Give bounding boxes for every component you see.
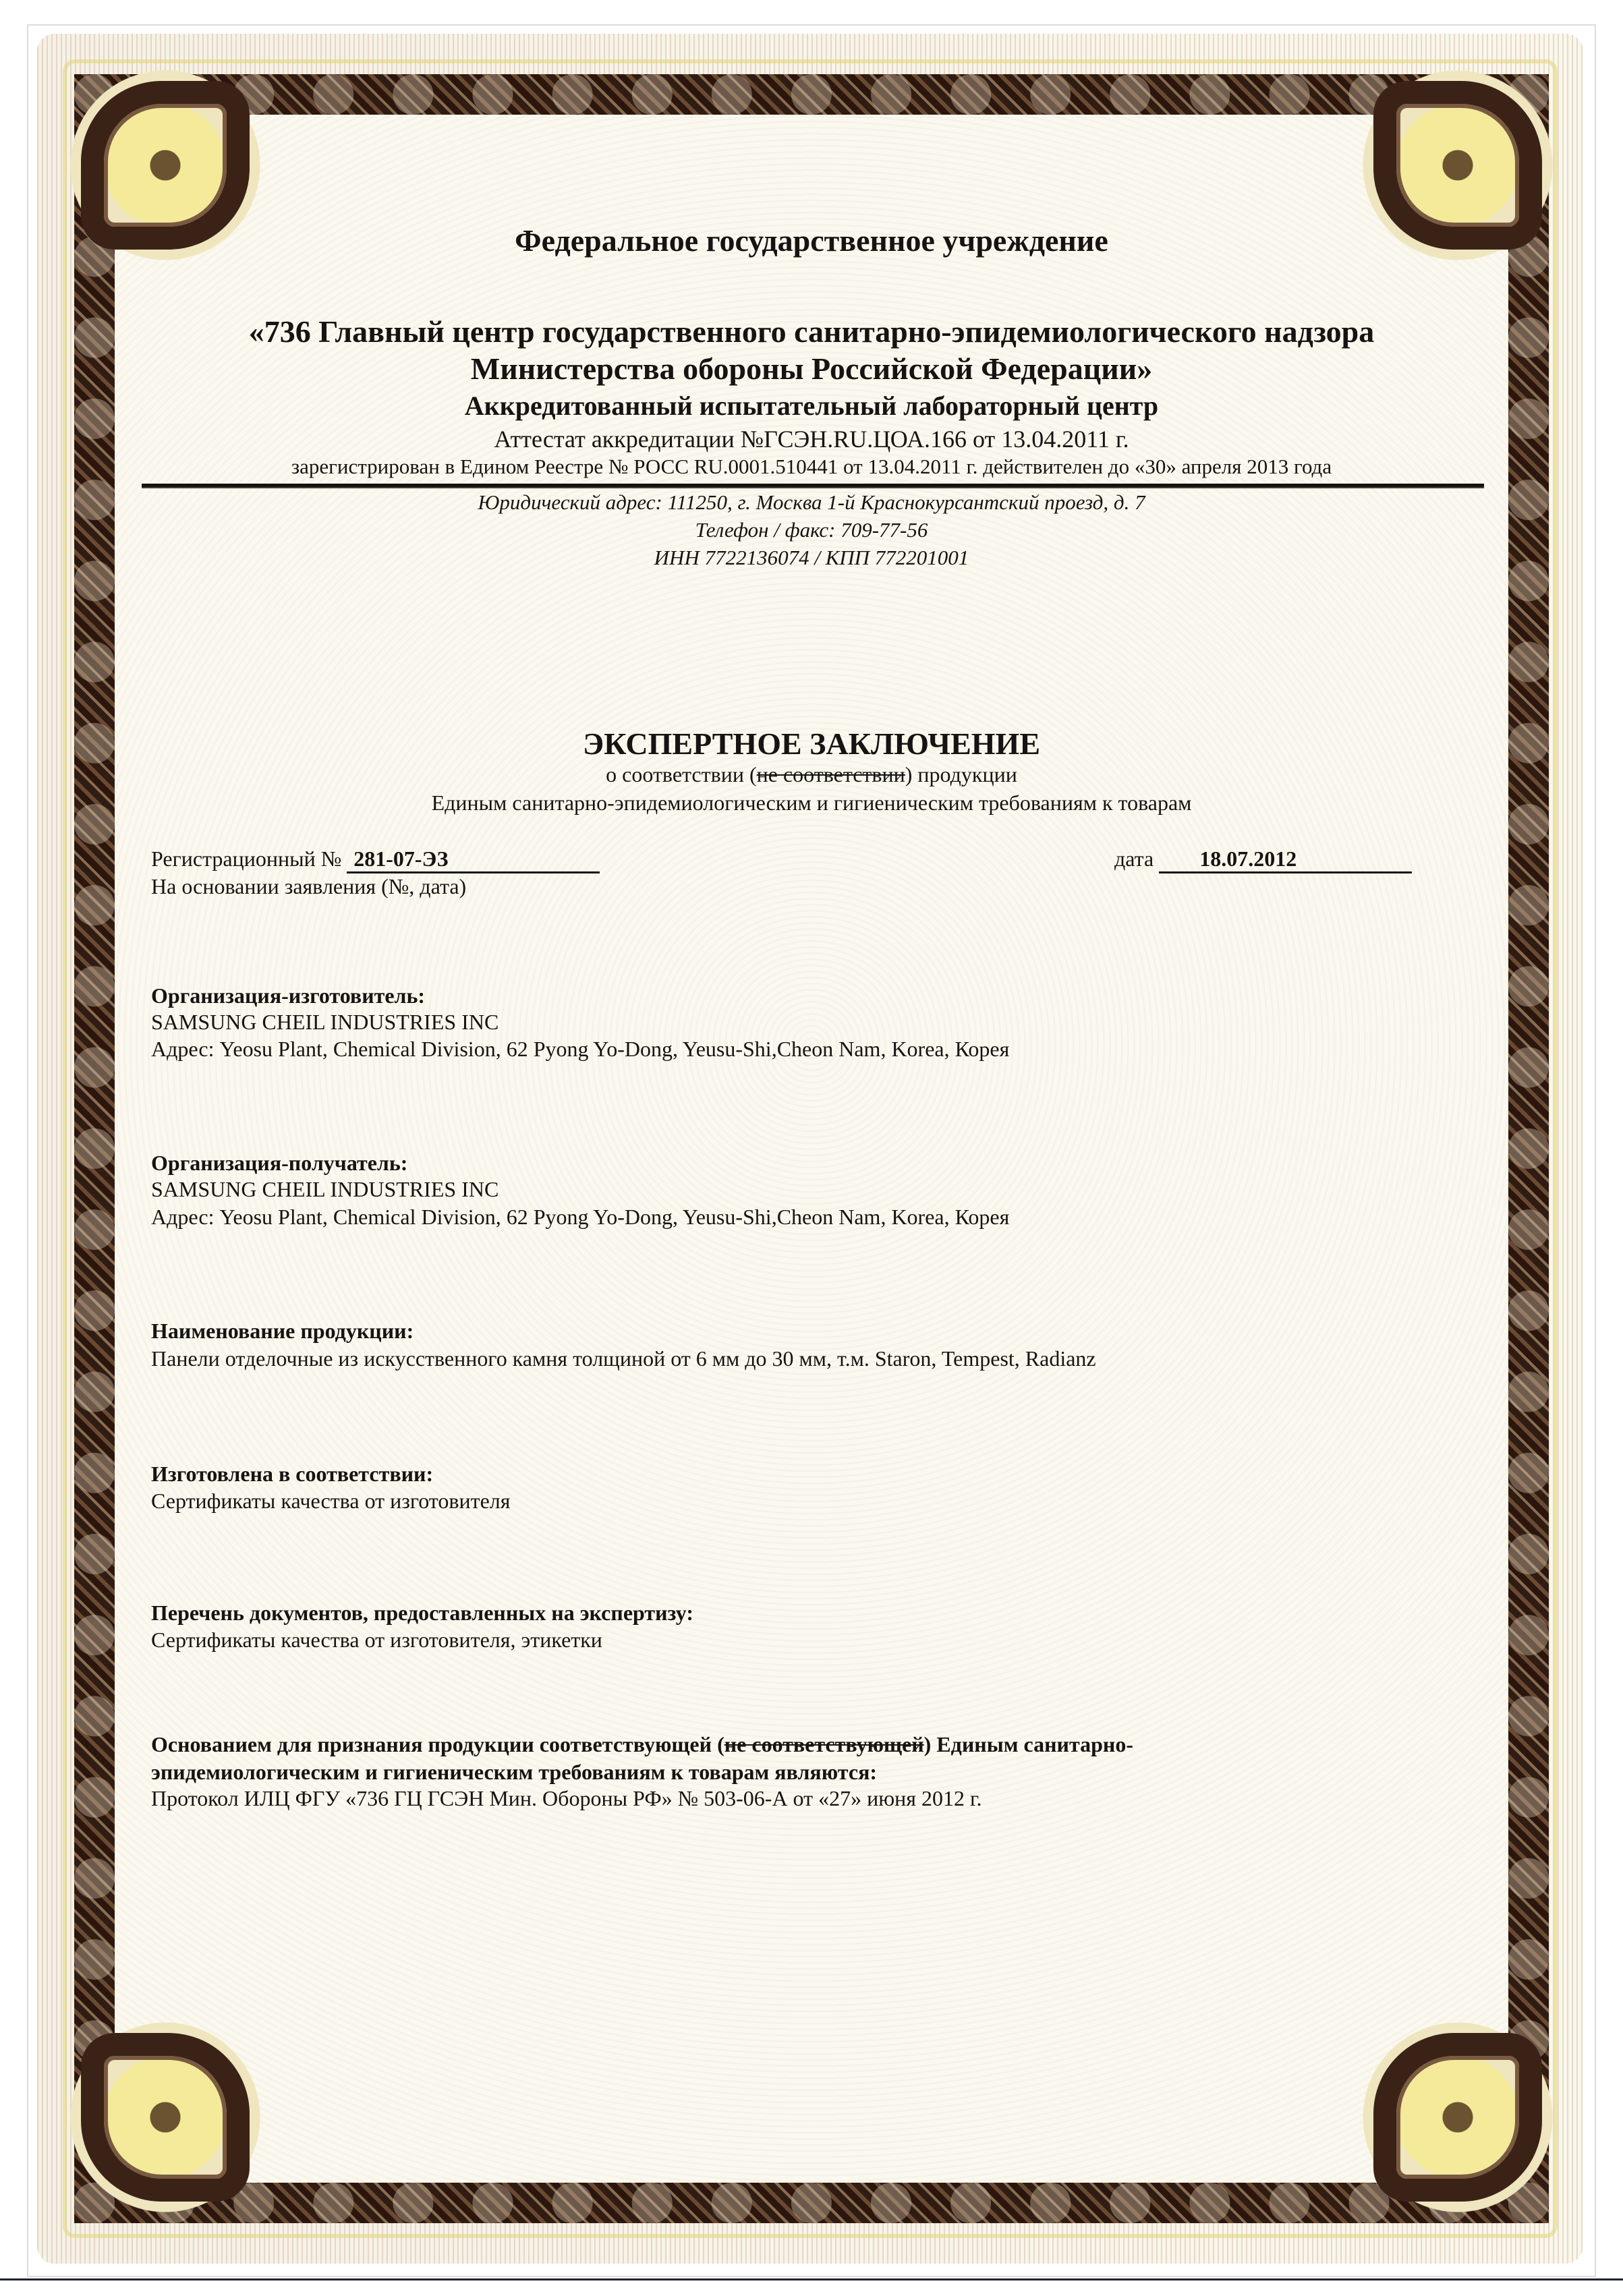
- institution-name-line2: Министерства обороны Российской Федераци…: [0, 351, 1623, 386]
- header-divider: [142, 484, 1484, 487]
- inn-kpp: ИНН 7722136074 / КПП 772201001: [0, 546, 1623, 570]
- made-per-text: Сертификаты качества от изготовителя: [151, 1489, 510, 1514]
- subtitle-prefix: о соответствии (: [606, 762, 756, 786]
- recipient-name: SAMSUNG CHEIL INDUSTRIES INC: [151, 1177, 499, 1202]
- date-label: дата: [1114, 846, 1154, 871]
- subtitle-struck-text: не соответствии: [757, 762, 905, 786]
- scan-edge-line: [0, 2278, 1623, 2280]
- product-description: Панели отделочные из искусственного камн…: [151, 1346, 1096, 1371]
- application-basis: На основании заявления (№, дата): [151, 874, 466, 899]
- documents-heading: Перечень документов, предоставленных на …: [151, 1601, 693, 1626]
- lab-center-title: Аккредитованный испытательный лабораторн…: [0, 390, 1623, 422]
- manufacturer-name: SAMSUNG CHEIL INDUSTRIES INC: [151, 1010, 499, 1035]
- institution-type: Федеральное государственное учреждение: [0, 223, 1623, 258]
- accreditation-certificate: Аттестат аккредитации №ГСЭН.RU.ЦОА.166 о…: [0, 425, 1623, 453]
- corner-ornament-icon: [54, 2006, 277, 2229]
- grounds-heading: Основанием для признания продукции соотв…: [151, 1732, 1133, 1757]
- document-subtitle: о соответствии (не соответствии) продукц…: [0, 762, 1623, 787]
- manufacturer-address: Адрес: Yeosu Plant, Chemical Division, 6…: [151, 1037, 1009, 1062]
- registry-info: зарегистрирован в Едином Реестре № РОСС …: [0, 455, 1623, 479]
- grounds-struck-text: не соответствующей: [724, 1732, 924, 1756]
- grounds-protocol: Протокол ИЛЦ ФГУ «736 ГЦ ГСЭН Мин. Оборо…: [151, 1786, 982, 1811]
- made-per-heading: Изготовлена в соответствии:: [151, 1462, 433, 1487]
- product-heading: Наименование продукции:: [151, 1319, 414, 1344]
- reg-number-value: 281-07-ЭЗ: [347, 846, 600, 873]
- recipient-heading: Организация-получатель:: [151, 1151, 407, 1176]
- phone-fax: Телефон / факс: 709-77-56: [0, 518, 1623, 542]
- date-value: 18.07.2012: [1159, 846, 1412, 873]
- grounds-prefix: Основанием для признания продукции соотв…: [151, 1732, 724, 1756]
- date-row: дата 18.07.2012: [1114, 846, 1412, 873]
- grounds-suffix: ) Единым санитарно-: [924, 1732, 1133, 1756]
- legal-address: Юридический адрес: 111250, г. Москва 1-й…: [0, 490, 1623, 515]
- registration-number-row: Регистрационный № 281-07-ЭЗ: [151, 846, 600, 873]
- document-subtitle-line2: Единым санитарно-эпидемиологическим и ги…: [0, 791, 1623, 815]
- documents-text: Сертификаты качества от изготовителя, эт…: [151, 1628, 602, 1653]
- grounds-heading-line2: эпидемиологическим и гигиеническим требо…: [151, 1760, 877, 1785]
- institution-name-line1: «736 Главный центр государственного сани…: [0, 314, 1623, 349]
- subtitle-suffix: ) продукции: [905, 762, 1017, 786]
- recipient-address: Адрес: Yeosu Plant, Chemical Division, 6…: [151, 1205, 1009, 1230]
- reg-label: Регистрационный №: [151, 846, 341, 871]
- corner-ornament-icon: [1346, 2006, 1569, 2229]
- manufacturer-heading: Организация-изготовитель:: [151, 983, 425, 1008]
- document-title: ЭКСПЕРТНОЕ ЗАКЛЮЧЕНИЕ: [0, 726, 1623, 762]
